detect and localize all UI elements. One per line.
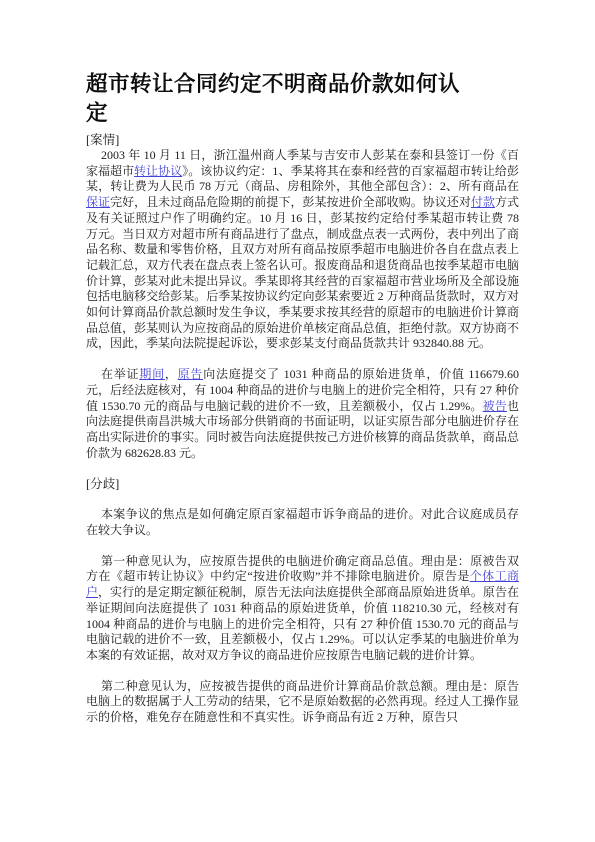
page-title: 超市转让合同约定不明商品价款如何认定 <box>86 70 468 128</box>
text-run: 第一种意见认为，应按原告提供的电脑进价确定商品总值。理由是：原被告双方在《超市转… <box>86 554 519 584</box>
document-page: 超市转让合同约定不明商品价款如何认定 [案情] 2003 年 10 月 11 日… <box>0 0 595 842</box>
link-plaintiff[interactable]: 原告 <box>178 367 204 381</box>
link-payment[interactable]: 付款 <box>471 195 495 209</box>
paragraph-first-opinion: 第一种意见认为，应按原告提供的电脑进价确定商品总值。理由是：原被告双方在《超市转… <box>86 554 519 664</box>
paragraph-dispute-focus: 本案争议的焦点是如何确定原百家福超市诉争商品的进价。对此合议庭成员存在较大争议。 <box>86 507 519 538</box>
link-defendant[interactable]: 被告 <box>483 399 507 413</box>
paragraph-second-opinion: 第二种意见认为，应按被告提供的商品进价计算商品价款总额。理由是：原告电脑上的数据… <box>86 679 519 726</box>
text-run: 方式及有关证照过户作了明确约定。10 月 16 日，彭某按约定给付季某超市转让费… <box>86 195 519 350</box>
link-guarantee[interactable]: 保证 <box>86 195 110 209</box>
section-label-case: [案情] <box>86 132 519 148</box>
link-period[interactable]: 期间 <box>139 367 165 381</box>
text-run: 在举证 <box>101 367 139 381</box>
section-label-divergence: [分歧] <box>86 476 519 492</box>
text-run: ， <box>165 367 178 381</box>
paragraph-evidence: 在举证期间，原告向法庭提交了 1031 种商品的原始进货单，价值 116679.… <box>86 367 519 461</box>
link-transfer-agreement[interactable]: 转让协议 <box>134 164 182 178</box>
paragraph-case-facts: 2003 年 10 月 11 日，浙江温州商人季某与吉安市人彭某在泰和县签订一份… <box>86 148 519 352</box>
text-run: ，实行的是定期定额征税制，原告无法向法庭提供全部商品原始进货单。原告在举证期间向… <box>86 585 519 662</box>
text-run: 完好，且未过商品危险期的前提下，彭某按进价全部收购。协议还对 <box>110 195 471 209</box>
